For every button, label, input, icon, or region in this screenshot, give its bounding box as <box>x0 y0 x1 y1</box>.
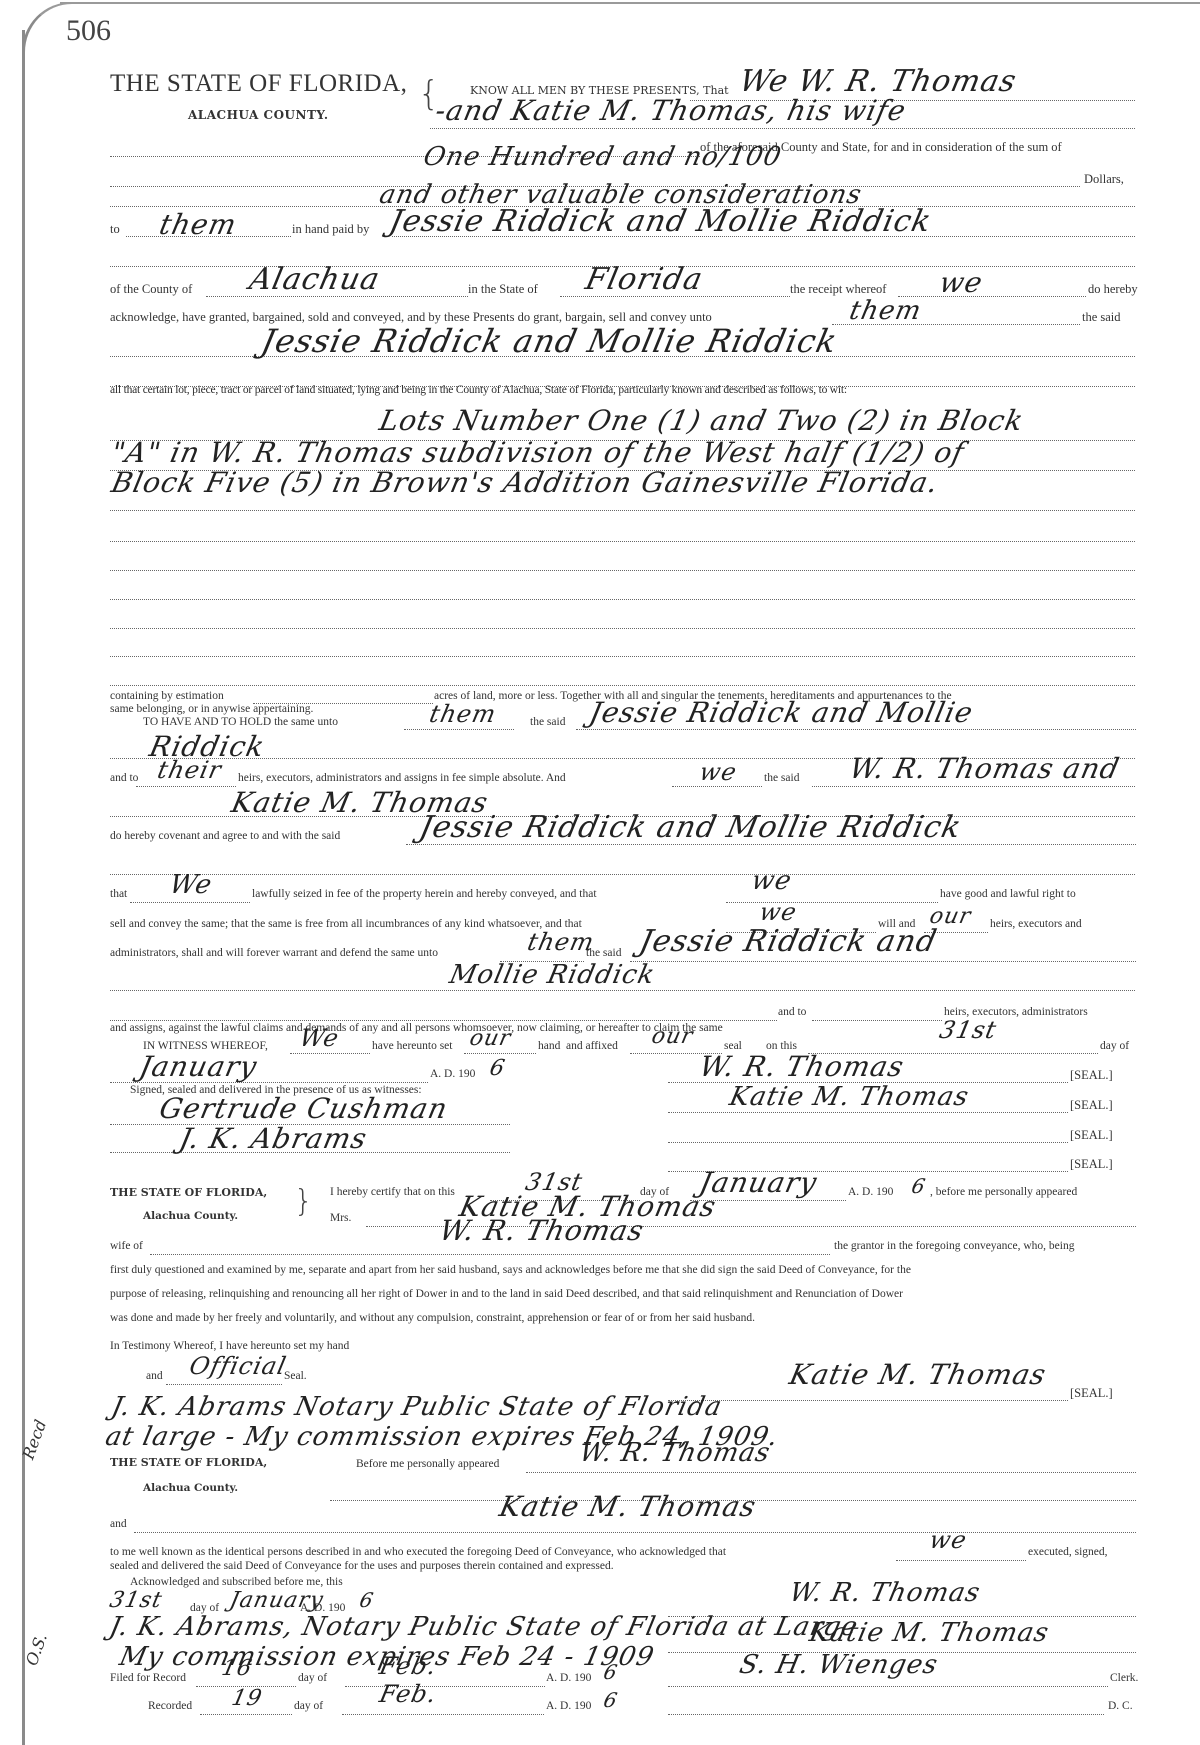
signature-line <box>668 1142 1068 1143</box>
witness-our: our <box>467 1026 513 1051</box>
and-value: we <box>697 758 740 786</box>
the-said-label: the said <box>764 772 799 784</box>
line <box>526 1472 1136 1473</box>
have-set-label: have hereunto set <box>372 1040 452 1052</box>
grantees-value: Jessie Riddick and Mollie Riddick <box>258 322 841 360</box>
covenant-text: do hereby covenant and agree to and with… <box>110 830 340 842</box>
paid-by-value: Jessie Riddick and Mollie Riddick <box>386 204 935 239</box>
seal-3: [SEAL.] <box>1070 1128 1113 1143</box>
state-value: Florida <box>582 262 706 297</box>
line <box>342 1714 544 1715</box>
line <box>110 874 1135 875</box>
line <box>726 902 938 903</box>
notary-line-1: J. K. Abrams Notary Public State of Flor… <box>109 1392 725 1422</box>
grantor-1: W. R. Thomas and <box>846 752 1122 785</box>
state-title: THE STATE OF FLORIDA, <box>110 70 407 98</box>
line <box>110 1020 777 1021</box>
ack-year: 6 <box>357 1588 376 1612</box>
signer-2: Katie M. Thomas <box>727 1082 972 1112</box>
heirs-text: heirs, executors, administrators and ass… <box>238 772 566 784</box>
recorded-label: Recorded <box>148 1700 192 1712</box>
signature-line <box>668 1112 1068 1113</box>
ad-label: A. D. 190 <box>546 1672 591 1684</box>
land-desc-3: Block Five (5) in Brown's Addition Gaine… <box>108 466 941 499</box>
to-have-label: TO HAVE AND TO HOLD the same unto <box>143 716 338 728</box>
belonging-text: same belonging, or in anywise appertaini… <box>110 703 313 715</box>
witness-1: Gertrude Cushman <box>156 1092 451 1125</box>
land-desc-2: "A" in W. R. Thomas subdivision of the W… <box>108 436 967 469</box>
land-text: all that certain lot, piece, tract or pa… <box>110 384 847 396</box>
seized-text: lawfully seized in fee of the property h… <box>252 888 597 900</box>
right-text: have good and lawful right to <box>940 888 1076 900</box>
filed-day: 16 <box>219 1656 254 1681</box>
ack-signer-1: W. R. Thomas <box>787 1578 983 1608</box>
witness-day: 31st <box>937 1016 999 1044</box>
county-value: Alachua <box>246 262 383 297</box>
line <box>130 902 250 903</box>
estimation-label: containing by estimation <box>110 690 224 702</box>
line <box>345 1686 545 1687</box>
seized-value: we <box>749 866 795 896</box>
deed-page: 506 THE STATE OF FLORIDA, ALACHUA COUNTY… <box>0 0 1200 1745</box>
and-to-label: and to <box>778 1006 806 1018</box>
line <box>110 685 1135 686</box>
ad-label: A. D. 190 <box>430 1068 475 1080</box>
filed-month: Feb. <box>377 1652 439 1680</box>
signer-1: W. R. Thomas <box>696 1050 907 1083</box>
grant-unto-value: them <box>847 296 925 326</box>
dower-p1: first duly questioned and examined by me… <box>110 1264 911 1276</box>
hand-label: hand <box>538 1040 560 1052</box>
receipt-value: we <box>936 266 986 299</box>
margin-note-2: O.S. <box>22 1631 51 1668</box>
rec-day: 19 <box>229 1686 264 1711</box>
grantor-line-2 <box>430 128 1135 129</box>
line <box>896 1560 1026 1561</box>
line <box>110 510 1135 511</box>
and-label: and <box>110 1518 127 1530</box>
to-have-grantees-1: Jessie Riddick and Mollie <box>586 696 976 729</box>
consideration-amount: One Hundred and no/100 <box>421 142 785 172</box>
ack-county: Alachua County. <box>143 1482 238 1494</box>
seal-2: [SEAL.] <box>1070 1098 1113 1113</box>
dower-state: THE STATE OF FLORIDA, <box>110 1186 267 1199</box>
seal-1: [SEAL.] <box>1070 1068 1113 1083</box>
sealed-text: sealed and delivered the said Deed of Co… <box>110 1560 614 1572</box>
sell-text: sell and convey the same; that the same … <box>110 918 582 930</box>
to-label: to <box>110 222 120 237</box>
witness-month: January <box>136 1050 260 1083</box>
ack-state: THE STATE OF FLORIDA, <box>110 1456 267 1469</box>
that-label: that <box>110 888 127 900</box>
line <box>464 1053 536 1054</box>
line <box>630 961 1136 962</box>
witness-2: J. K. Abrams <box>176 1122 370 1155</box>
ad-label: A. D. 190 <box>546 1700 591 1712</box>
subscribed-text: Acknowledged and subscribed before me, t… <box>130 1576 343 1588</box>
day-of-label: day of <box>294 1700 323 1712</box>
covenant-value: Jessie Riddick and Mollie Riddick <box>416 810 965 845</box>
appeared-text: , before me personally appeared <box>930 1186 1077 1198</box>
land-desc-1: Lots Number One (1) and Two (2) in Block <box>376 404 1026 437</box>
ack-signer-2: Katie M. Thomas <box>807 1618 1052 1648</box>
county-title: ALACHUA COUNTY. <box>188 108 329 122</box>
hereby-label: do hereby <box>1088 282 1138 297</box>
line <box>672 786 762 787</box>
line <box>110 599 1135 600</box>
known-value: we <box>927 1526 970 1554</box>
line <box>200 1714 292 1715</box>
line <box>166 1384 282 1385</box>
witness-year: 6 <box>487 1056 507 1081</box>
receipt-label: the receipt whereof <box>790 282 886 297</box>
ad-label: A. D. 190 <box>848 1186 893 1198</box>
said-label: the said <box>1082 310 1121 325</box>
certify-text: I hereby certify that on this <box>330 1186 455 1198</box>
defend-value-1: Jessie Riddick and <box>636 924 940 959</box>
line <box>136 786 236 787</box>
signature-line <box>668 1686 1108 1687</box>
to-value: them <box>156 208 239 241</box>
witness-we: We <box>297 1024 342 1052</box>
county-label: of the County of <box>110 282 192 297</box>
sell-value: we <box>757 898 800 926</box>
rec-month: Feb. <box>377 1680 439 1708</box>
and-to-label: and to <box>110 772 138 784</box>
dower-seal: [SEAL.] <box>1070 1386 1113 1401</box>
before-value: W. R. Thomas <box>577 1438 773 1468</box>
seal-4: [SEAL.] <box>1070 1157 1113 1172</box>
dower-signer: Katie M. Thomas <box>786 1358 1049 1391</box>
dower-p3: was done and made by her freely and volu… <box>110 1312 755 1324</box>
dc-label: D. C. <box>1108 1700 1133 1712</box>
dower-year: 6 <box>909 1174 928 1198</box>
page-edge-top <box>60 2 1200 4</box>
affixed-label: and affixed <box>566 1040 618 1052</box>
wife-of-label: wife of <box>110 1240 143 1252</box>
line <box>150 1254 830 1255</box>
line <box>110 990 1135 991</box>
and-label: and <box>146 1370 163 1382</box>
page-edge-left <box>22 30 25 1745</box>
ack-day: 31st <box>107 1588 164 1613</box>
witness-our2: our <box>649 1024 695 1049</box>
testimony-text: In Testimony Whereof, I have hereunto se… <box>110 1340 349 1352</box>
before-text: Before me personally appeared <box>356 1458 499 1470</box>
line <box>812 1020 942 1021</box>
and-to-value: their <box>155 756 224 784</box>
said-label: the said <box>530 716 565 728</box>
rec-year: 6 <box>601 1688 620 1712</box>
line <box>812 786 1135 787</box>
state-label: in the State of <box>468 282 538 297</box>
dollars-label: Dollars, <box>1084 172 1124 187</box>
dower-county: Alachua County. <box>143 1210 238 1222</box>
to-have-value: them <box>427 700 499 728</box>
page-number: 506 <box>66 14 111 48</box>
defend-value-2: Mollie Riddick <box>447 960 658 990</box>
official-value: Official <box>187 1352 289 1380</box>
line <box>110 628 1135 629</box>
admin-text: administrators, shall and will forever w… <box>110 947 438 959</box>
ack-notary-1: J. K. Abrams, Notary Public State of Flo… <box>107 1612 861 1642</box>
line <box>110 656 1135 657</box>
line <box>898 296 1086 297</box>
day-of-label: day of <box>298 1672 327 1684</box>
wife-value: W. R. Thomas <box>436 1214 647 1247</box>
and-value: Katie M. Thomas <box>496 1490 759 1523</box>
assigns-text: and assigns, against the lawful claims a… <box>110 1022 723 1034</box>
line <box>110 570 1135 571</box>
clerk-label: Clerk. <box>1110 1672 1138 1684</box>
clerk-signature: S. H. Wienges <box>737 1650 941 1680</box>
that-value: We <box>167 870 215 900</box>
executed-text: executed, signed, <box>1028 1546 1108 1558</box>
day-of-label: day of <box>1100 1040 1129 1052</box>
filed-label: Filed for Record <box>110 1672 186 1684</box>
signature-line <box>668 1400 1068 1401</box>
line <box>110 541 1135 542</box>
line <box>134 1532 1136 1533</box>
signature-line <box>668 1714 1104 1715</box>
heirs-exec-text: heirs, executors and <box>990 918 1082 930</box>
brace: } <box>294 1184 313 1219</box>
mrs-label: Mrs. <box>330 1212 351 1224</box>
grantor-text: the grantor in the foregoing conveyance,… <box>834 1240 1074 1252</box>
grantor-line-2-value: -and Katie M. Thomas, his wife <box>432 94 909 127</box>
said-label: the said <box>586 947 621 959</box>
line <box>404 729 514 730</box>
seal-text: Seal. <box>284 1370 307 1382</box>
line <box>576 729 1136 730</box>
dower-p2: purpose of releasing, relinquishing and … <box>110 1288 903 1300</box>
line <box>290 1053 370 1054</box>
paid-by-label: in hand paid by <box>292 222 369 237</box>
known-text: to me well known as the identical person… <box>110 1546 726 1558</box>
